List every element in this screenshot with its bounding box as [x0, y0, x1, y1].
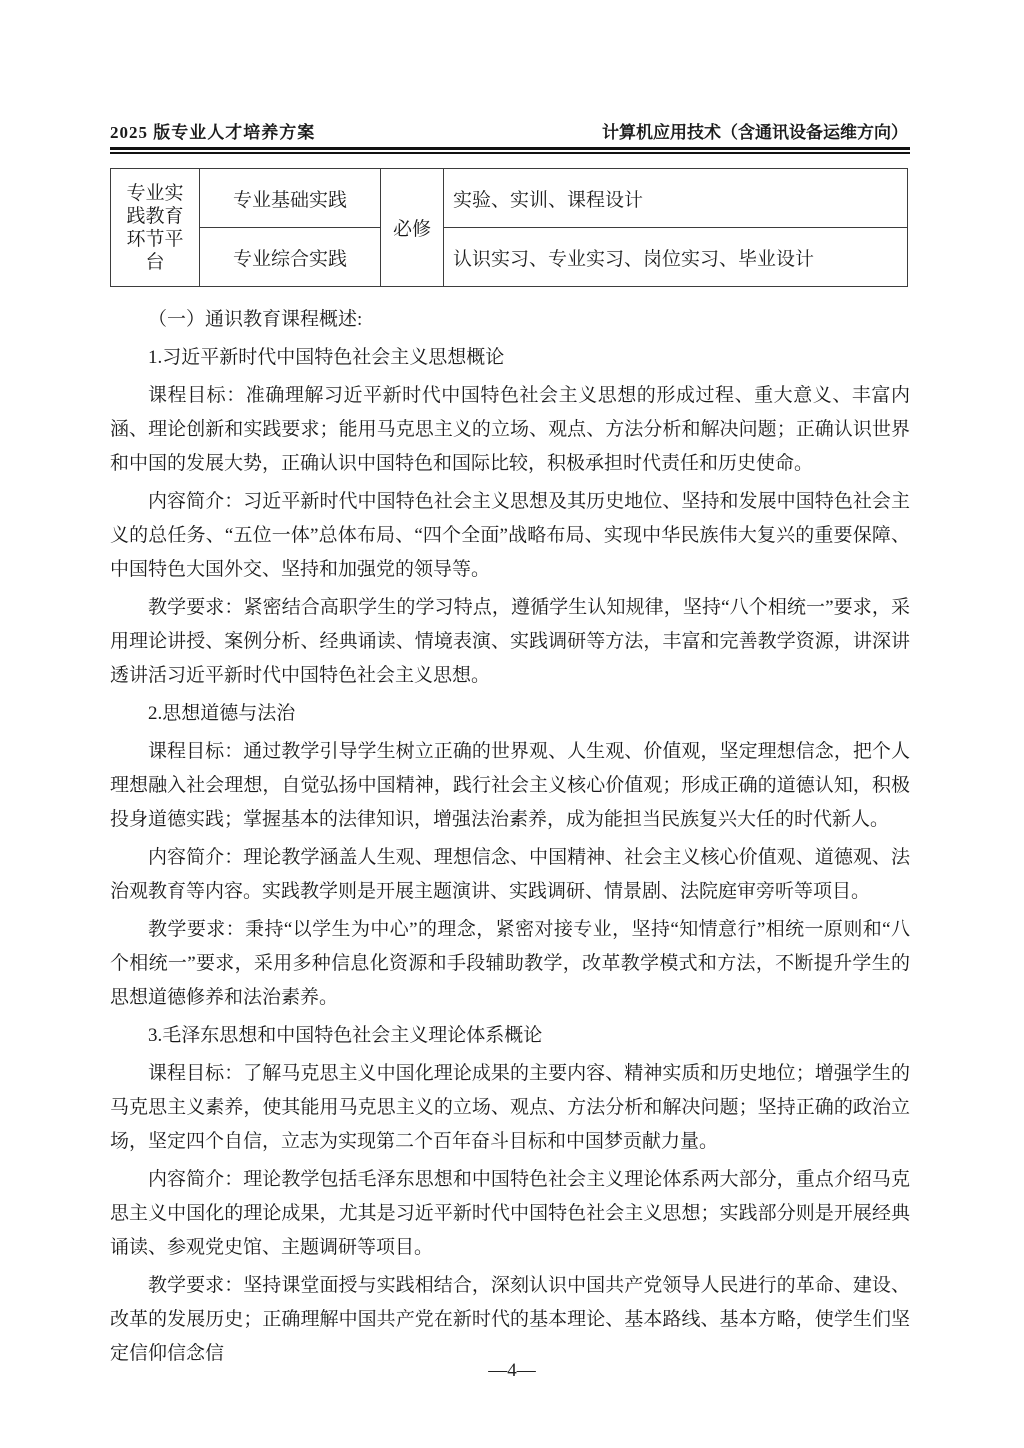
course-2-intro-paragraph: 内容简介：理论教学涵盖人生观、理想信念、中国精神、社会主义核心价值观、道德观、法… — [110, 841, 910, 909]
practice-platform-table: 专业实践教育环节平台 专业基础实践 必修 实验、实训、课程设计 专业综合实践 认… — [110, 168, 908, 287]
document-page: 2025 版专业人才培养方案 计算机应用技术（含通讯设备运维方向） 专业实践教育… — [0, 0, 1024, 1448]
course-3-title: 3.毛泽东思想和中国特色社会主义理论体系概论 — [110, 1019, 910, 1053]
course-1-title: 1.习近平新时代中国特色社会主义思想概论 — [110, 341, 910, 375]
body-text: （一）通识教育课程概述: 1.习近平新时代中国特色社会主义思想概论 课程目标：准… — [110, 303, 910, 1371]
course-1-requirements-paragraph: 教学要求：紧密结合高职学生的学习特点，遵循学生认知规律，坚持“八个相统一”要求，… — [110, 591, 910, 693]
header-divider-rule — [110, 147, 910, 154]
page-content: 2025 版专业人才培养方案 计算机应用技术（含通讯设备运维方向） 专业实践教育… — [110, 118, 910, 1375]
category-cell-comprehensive: 专业综合实践 — [200, 228, 381, 287]
platform-cell: 专业实践教育环节平台 — [111, 169, 200, 287]
running-head: 2025 版专业人才培养方案 计算机应用技术（含通讯设备运维方向） — [110, 118, 910, 147]
content-cell-basic: 实验、实训、课程设计 — [444, 169, 908, 228]
course-2-goals-paragraph: 课程目标：通过教学引导学生树立正确的世界观、人生观、价值观，坚定理想信念，把个人… — [110, 735, 910, 837]
course-2-requirements-paragraph: 教学要求：秉持“以学生为中心”的理念，紧密对接专业，坚持“知情意行”相统一原则和… — [110, 913, 910, 1015]
section-heading: （一）通识教育课程概述: — [110, 303, 910, 337]
page-number: —4— — [0, 1360, 1024, 1382]
table-row: 专业综合实践 认识实习、专业实习、岗位实习、毕业设计 — [111, 228, 908, 287]
table-row: 专业实践教育环节平台 专业基础实践 必修 实验、实训、课程设计 — [111, 169, 908, 228]
running-head-left: 2025 版专业人才培养方案 — [110, 118, 315, 143]
category-cell-basic: 专业基础实践 — [200, 169, 381, 228]
course-1-intro-paragraph: 内容简介：习近平新时代中国特色社会主义思想及其历史地位、坚持和发展中国特色社会主… — [110, 485, 910, 587]
course-3-intro-paragraph: 内容简介：理论教学包括毛泽东思想和中国特色社会主义理论体系两大部分，重点介绍马克… — [110, 1163, 910, 1265]
requirement-cell: 必修 — [381, 169, 444, 287]
course-3-requirements-paragraph: 教学要求：坚持课堂面授与实践相结合，深刻认识中国共产党领导人民进行的革命、建设、… — [110, 1269, 910, 1371]
course-3-goals-paragraph: 课程目标：了解马克思主义中国化理论成果的主要内容、精神实质和历史地位；增强学生的… — [110, 1057, 910, 1159]
course-1-goals-paragraph: 课程目标：准确理解习近平新时代中国特色社会主义思想的形成过程、重大意义、丰富内涵… — [110, 379, 910, 481]
content-cell-comprehensive: 认识实习、专业实习、岗位实习、毕业设计 — [444, 228, 908, 287]
course-2-title: 2.思想道德与法治 — [110, 697, 910, 731]
running-head-right: 计算机应用技术（含通讯设备运维方向） — [602, 118, 908, 143]
